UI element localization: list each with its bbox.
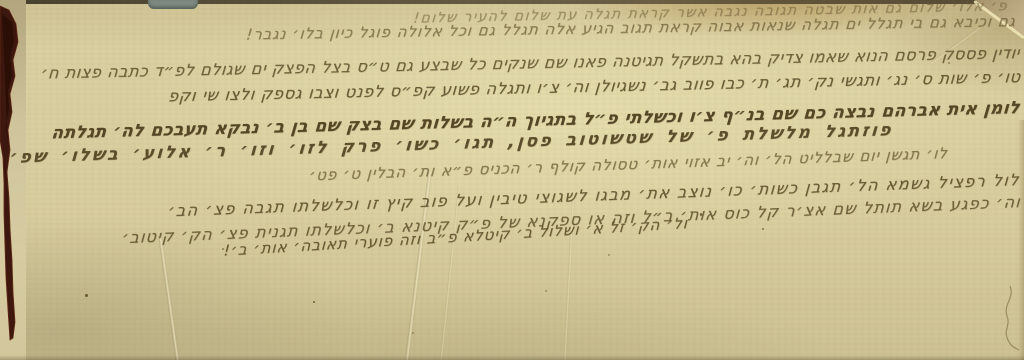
manuscript-photo: פ׳ אלו׳ שלום גם אות שבטה תגובה נגבה אשר …	[0, 0, 1024, 360]
handwriting-layer: פ׳ אלו׳ שלום גם אות שבטה תגובה נגבה אשר …	[0, 0, 1024, 360]
bottom-edge-shadow	[0, 355, 1024, 360]
right-edge-shadow	[1018, 120, 1024, 360]
